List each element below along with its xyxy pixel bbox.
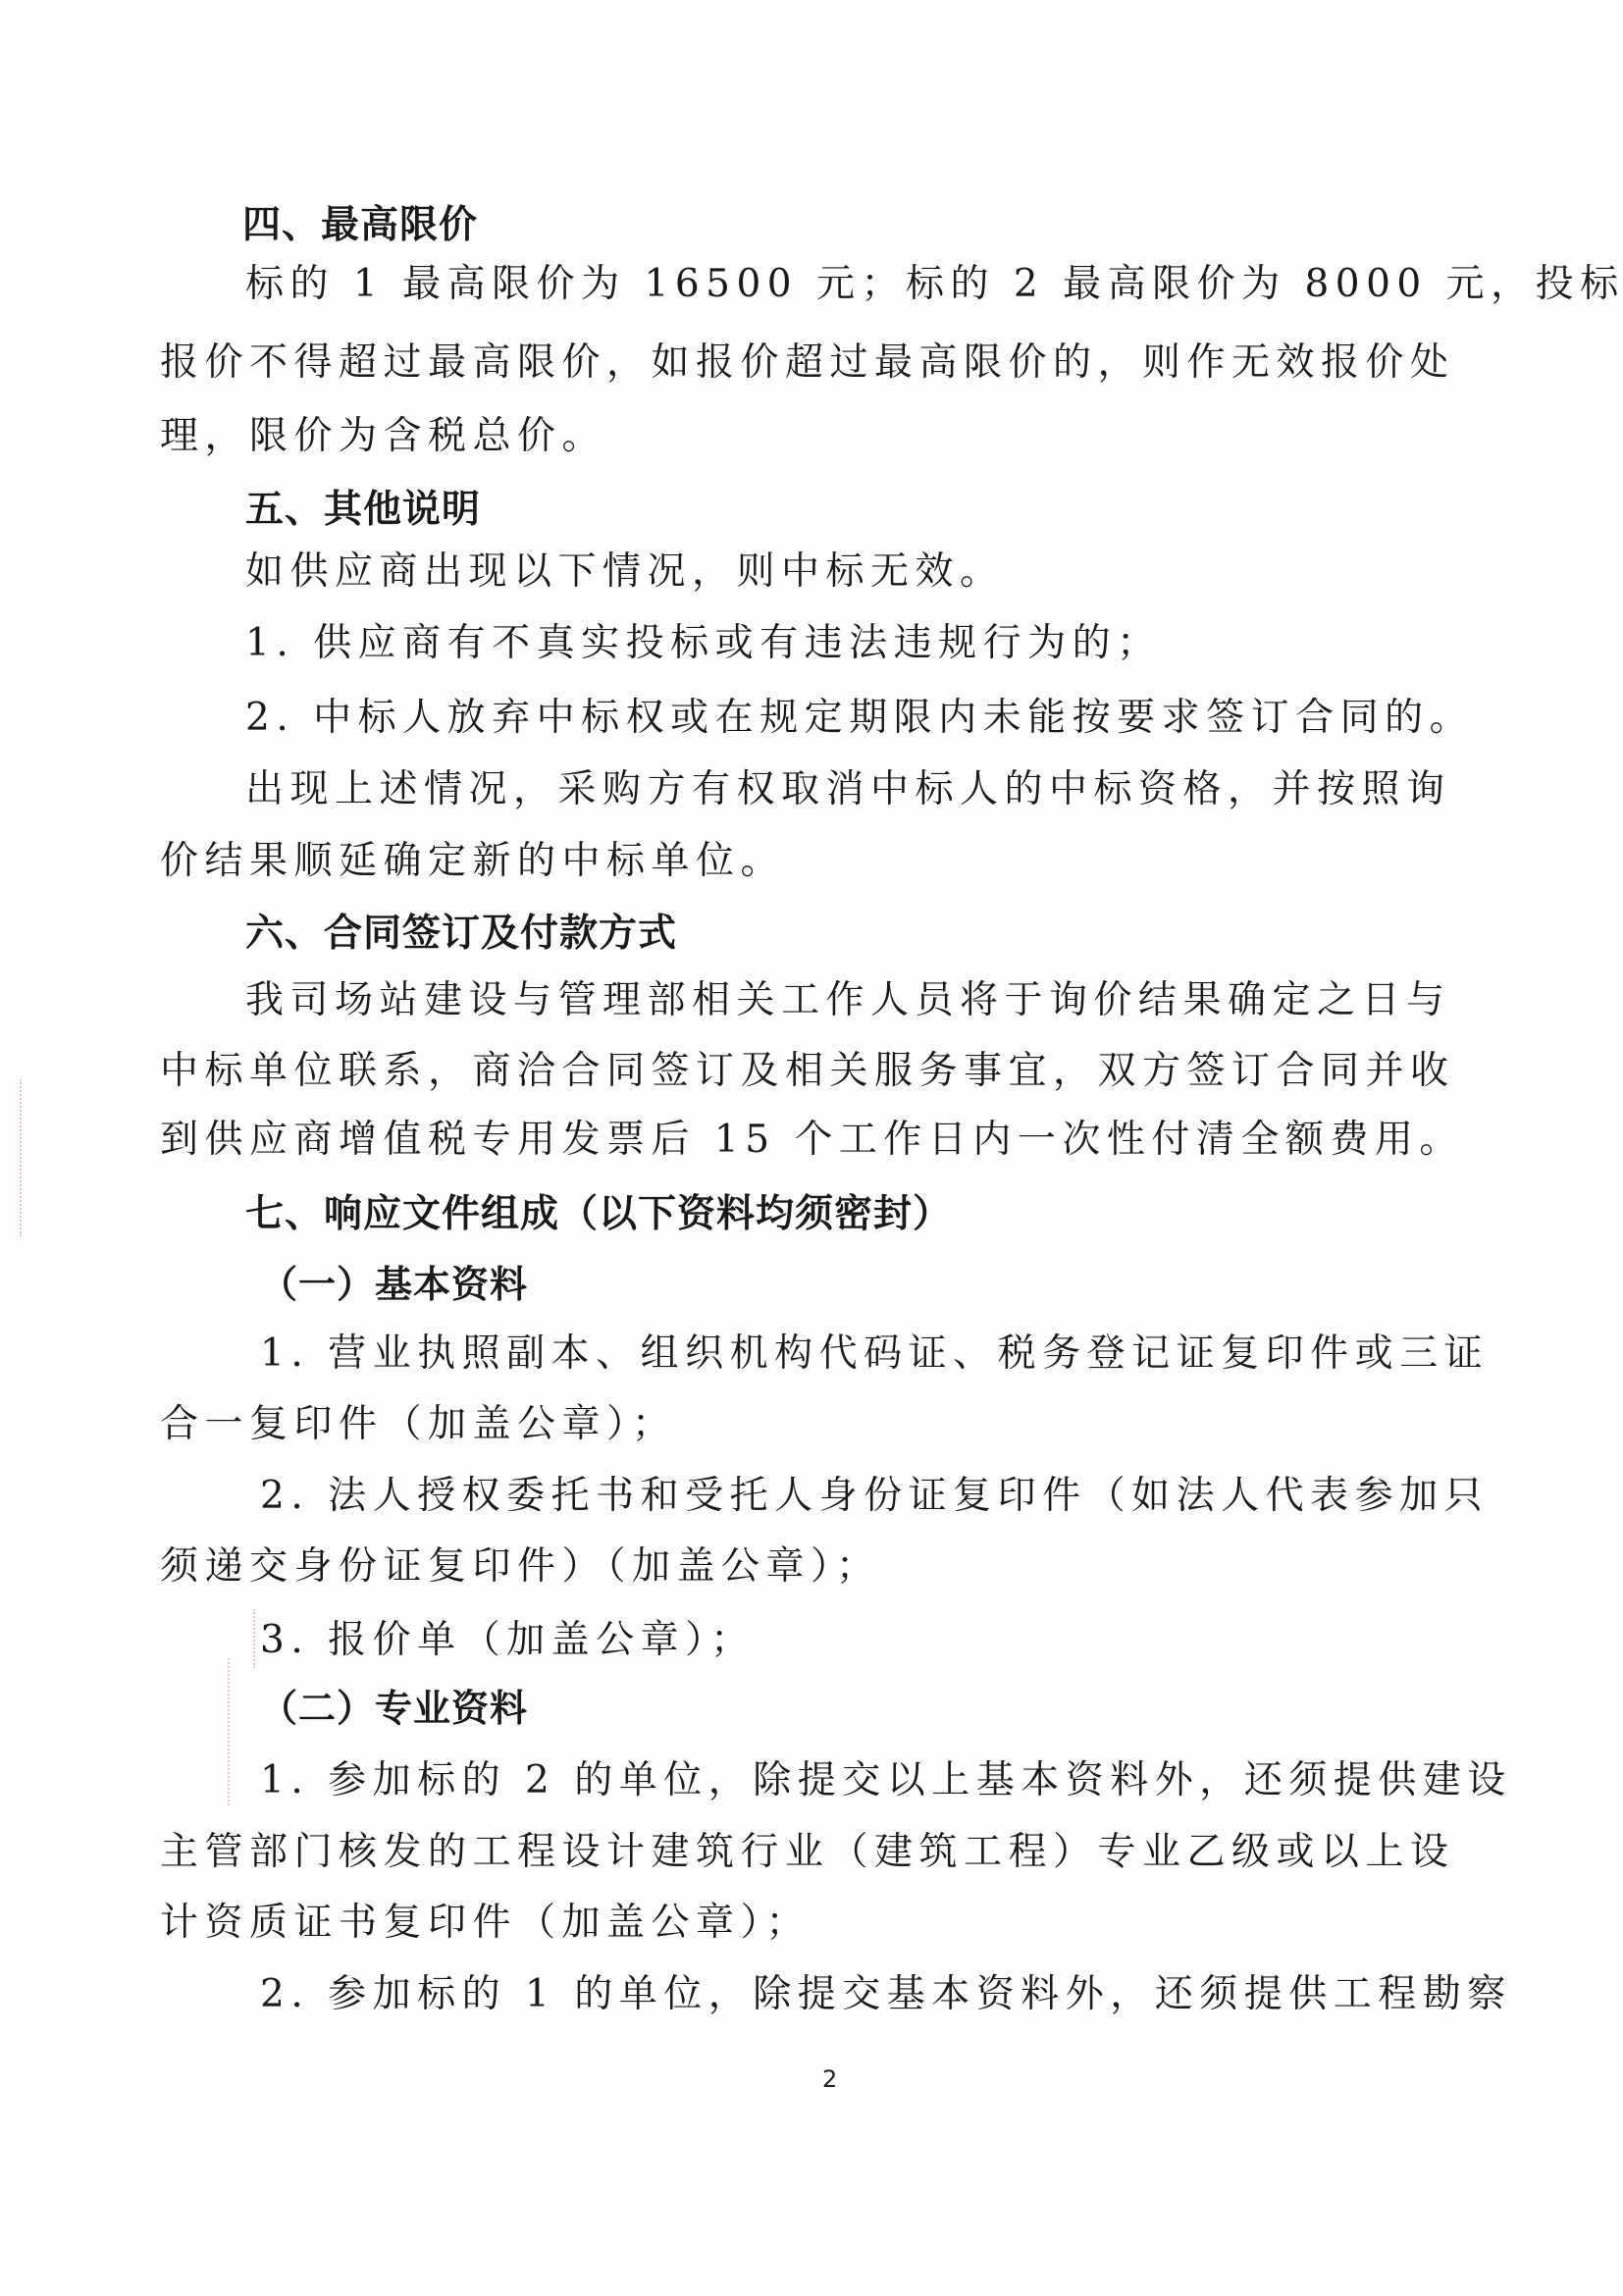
section-heading-price-cap: 四、最高限价 (242, 206, 478, 244)
list-item: 1. 营业执照副本、组织机构代码证、税务登记证复印件或三证 (260, 1334, 1489, 1373)
paragraph-line: 理，限价为含税总价。 (160, 417, 606, 455)
paragraph-line: 出现上述情况，采购方有权取消中标人的中标资格，并按照询 (245, 770, 1451, 809)
document-page: 四、最高限价 标的 1 最高限价为 16500 元；标的 2 最高限价为 800… (0, 0, 1623, 2296)
subsection-heading-basic-materials: （一）基本资料 (260, 1266, 528, 1303)
list-item: 2. 法人授权委托书和受托人身份证复印件（如法人代表参加只 (260, 1477, 1489, 1515)
section-heading-other-notes: 五、其他说明 (245, 491, 481, 529)
paragraph-line: 我司场站建设与管理部相关工作人员将于询价结果确定之日与 (245, 981, 1451, 1019)
section-heading-response-documents: 七、响应文件组成（以下资料均须密封） (245, 1195, 952, 1233)
list-item-continuation: 须递交身份证复印件）（加盖公章）； (160, 1547, 881, 1586)
list-item: 1. 供应商有不真实投标或有违法违规行为的； (245, 624, 1162, 662)
stamp-mark (20, 1079, 22, 1236)
paragraph-line: 如供应商出现以下情况，则中标无效。 (245, 552, 1005, 591)
list-item-continuation: 计资质证书复印件（加盖公章）； (160, 1904, 811, 1942)
list-item: 3. 报价单（加盖公章）； (260, 1621, 756, 1659)
paragraph-line: 报价不得超过最高限价，如报价超过最高限价的，则作无效报价处 (160, 343, 1455, 382)
list-item: 1. 参加标的 2 的单位，除提交以上基本资料外，还须提供建设 (260, 1761, 1512, 1800)
stamp-mark (253, 1609, 255, 1668)
stamp-mark (228, 1658, 230, 1805)
section-heading-contract-payment: 六、合同签订及付款方式 (245, 914, 677, 953)
paragraph-line: 中标单位联系，商洽合同签订及相关服务事宜，双方签订合同并收 (160, 1052, 1455, 1090)
paragraph-line: 标的 1 最高限价为 16500 元；标的 2 最高限价为 8000 元，投标 (245, 265, 1623, 303)
paragraph-line: 到供应商增值税专用发票后 15 个工作日内一次性付清全额费用。 (160, 1121, 1464, 1159)
subsection-heading-professional-materials: （二）专业资料 (260, 1690, 528, 1727)
list-item-continuation: 主管部门核发的工程设计建筑行业（建筑工程）专业乙级或以上设 (160, 1833, 1455, 1871)
list-item: 2. 参加标的 1 的单位，除提交基本资料外，还须提供工程勘察 (260, 1975, 1512, 2013)
paragraph-line: 价结果顺延确定新的中标单位。 (160, 842, 785, 880)
list-item-continuation: 合一复印件（加盖公章）； (160, 1405, 677, 1443)
list-item: 2. 中标人放弃中标权或在规定期限内未能按要求签订合同的。 (245, 699, 1474, 737)
page-number: 2 (822, 2065, 837, 2093)
